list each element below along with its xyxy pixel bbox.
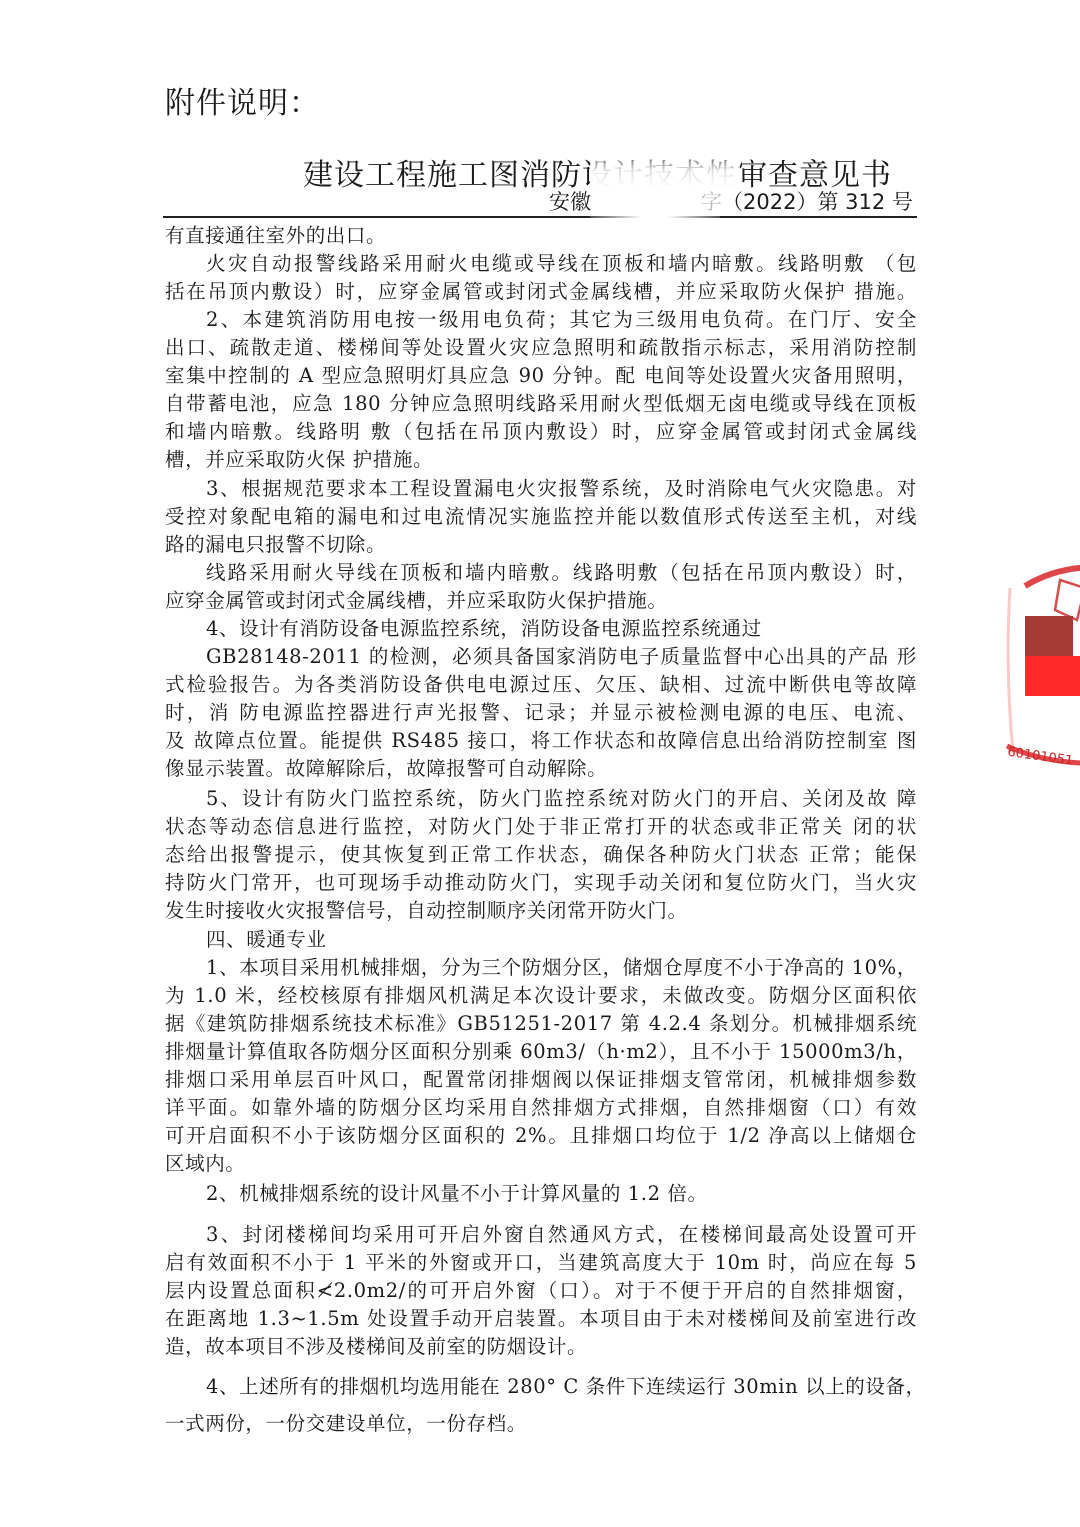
document-number-faint-char: 字 [701, 190, 722, 214]
document-number-suffix: （2022）第 312 号 [722, 190, 913, 214]
body-line: 有直接通往室外的出口。 [165, 222, 917, 250]
attachment-title: 附件说明： [165, 78, 320, 122]
body-line: 火灾自动报警线路采用耐火电缆或导线在顶板和墙内暗敷。线路明敷 （包 [165, 250, 917, 278]
redacted-region [591, 192, 701, 214]
title-smudge [590, 148, 740, 188]
body-line: 4、设计有消防设备电源监控系统，消防设备电源监控系统通过 [165, 615, 917, 643]
body-line: 在距离地 1.3~1.5m 处设置手动开启装置。本项目由于未对楼梯间及前室进行改 [165, 1305, 917, 1333]
body-line: 自带蓄电池，应急 180 分钟应急照明线路采用耐火型低烟无卤电缆或导线在顶板 [165, 390, 917, 418]
body-line: 造，故本项目不涉及楼梯间及前室的防烟设计。 [165, 1333, 917, 1361]
header-rule [163, 216, 917, 218]
body-line: 为 1.0 米，经校核原有排烟风机满足本次设计要求，未做改变。防烟分区面积依 [165, 982, 917, 1010]
body-line: 室集中控制的 A 型应急照明灯具应急 90 分钟。配 电间等处设置火灾备用照明， [165, 362, 917, 390]
official-seal-icon: 60101051 [1005, 558, 1080, 773]
body-line: 线路采用耐火导线在顶板和墙内暗敷。线路明敷（包括在吊顶内敷设）时， [165, 559, 917, 587]
body-line: 出口、疏散走道、楼梯间等处设置火灾应急照明和疏散指示标志，采用消防控制 [165, 334, 917, 362]
body-line: 像显示装置。故障解除后，故障报警可自动解除。 [165, 755, 917, 783]
body-line: 括在吊顶内敷设）时，应穿金属管或封闭式金属线槽，并应采取防火保护 措施。 [165, 278, 917, 306]
body-line: 2、本建筑消防用电按一级用电负荷；其它为三级用电负荷。在门厅、安全 [165, 306, 917, 334]
body-line: 和墙内暗敷。线路明 敷（包括在吊顶内敷设）时，应穿金属管或封闭式金属线 [165, 418, 917, 446]
body-line: 态给出报警提示，使其恢复到正常工作状态，确保各种防火门状态 正常；能保 [165, 841, 917, 869]
body-line: 槽，并应采取防火保 护措施。 [165, 446, 917, 474]
body-line: 2、机械排烟系统的设计风量不小于计算风量的 1.2 倍。 [165, 1180, 917, 1208]
header-rule-smudge [590, 212, 720, 220]
body-line: 1、本项目采用机械排烟，分为三个防烟分区，储烟仓厚度不小于净高的 10%， [165, 954, 917, 982]
body-line: 3、封闭楼梯间均采用可开启外窗自然通风方式，在楼梯间最高处设置可开 [165, 1221, 917, 1249]
body-line: 受控对象配电箱的漏电和过电流情况实施监控并能以数值形式传送至主机，对线 [165, 503, 917, 531]
svg-text:60101051: 60101051 [1006, 745, 1074, 769]
body-line: 持防火门常开，也可现场手动推动防火门，实现手动关闭和复位防火门，当火灾 [165, 869, 917, 897]
body-line: 层内设置总面积≮2.0m2/的可开启外窗（口）。对于不便于开启的自然排烟窗， [165, 1277, 917, 1305]
body-line: 式检验报告。为各类消防设备供电电源过压、欠压、缺相、过流中断供电等故障 [165, 671, 917, 699]
body-line: 及 故障点位置。能提供 RS485 接口，将工作状态和故障信息出给消防控制室 图 [165, 727, 917, 755]
body-line: GB28148-2011 的检测，必须具备国家消防电子质量监督中心出具的产品 形 [165, 643, 917, 671]
body-line: 3、根据规范要求本工程设置漏电火灾报警系统，及时消除电气火灾隐患。对 [165, 475, 917, 503]
body-line: 四、暖通专业 [165, 926, 917, 954]
body-line: 据《建筑防排烟系统技术标准》GB51251-2017 第 4.2.4 条划分。机… [165, 1010, 917, 1038]
body-line: 一式两份，一份交建设单位，一份存档。 [165, 1410, 917, 1438]
body-line: 时，消 防电源监控器进行声光报警、记录；并显示被检测电源的电压、电流、 [165, 699, 917, 727]
body-line: 应穿金属管或封闭式金属线槽，并应采取防火保护措施。 [165, 587, 917, 615]
body-line: 排烟口采用单层百叶风口，配置常闭排烟阀以保证排烟支管常闭，机械排烟参数 [165, 1066, 917, 1094]
body-line: 区域内。 [165, 1150, 917, 1178]
body-line: 5、设计有防火门监控系统，防火门监控系统对防火门的开启、关闭及故 障 [165, 785, 917, 813]
document-number-prefix: 安徽 [549, 190, 591, 214]
body-line: 发生时接收火灾报警信号，自动控制顺序关闭常开防火门。 [165, 897, 917, 925]
body-line: 4、上述所有的排烟机均选用能在 280° C 条件下连续运行 30min 以上的… [165, 1373, 917, 1401]
body-line: 可开启面积不小于该防烟分区面积的 2%。且排烟口均位于 1/2 净高以上储烟仓 [165, 1122, 917, 1150]
body-line: 排烟量计算值取各防烟分区面积分别乘 60m3/（h·m2），且不小于 15000… [165, 1038, 917, 1066]
body-line: 启有效面积不小于 1 平米的外窗或开口，当建筑高度大于 10m 时，尚应在每 5 [165, 1249, 917, 1277]
body-line: 详平面。如靠外墙的防烟分区均采用自然排烟方式排烟，自然排烟窗（口）有效 [165, 1094, 917, 1122]
body-line: 状态等动态信息进行监控，对防火门处于非正常打开的状态或非正常关 闭的状 [165, 813, 917, 841]
body-line: 路的漏电只报警不切除。 [165, 531, 917, 559]
